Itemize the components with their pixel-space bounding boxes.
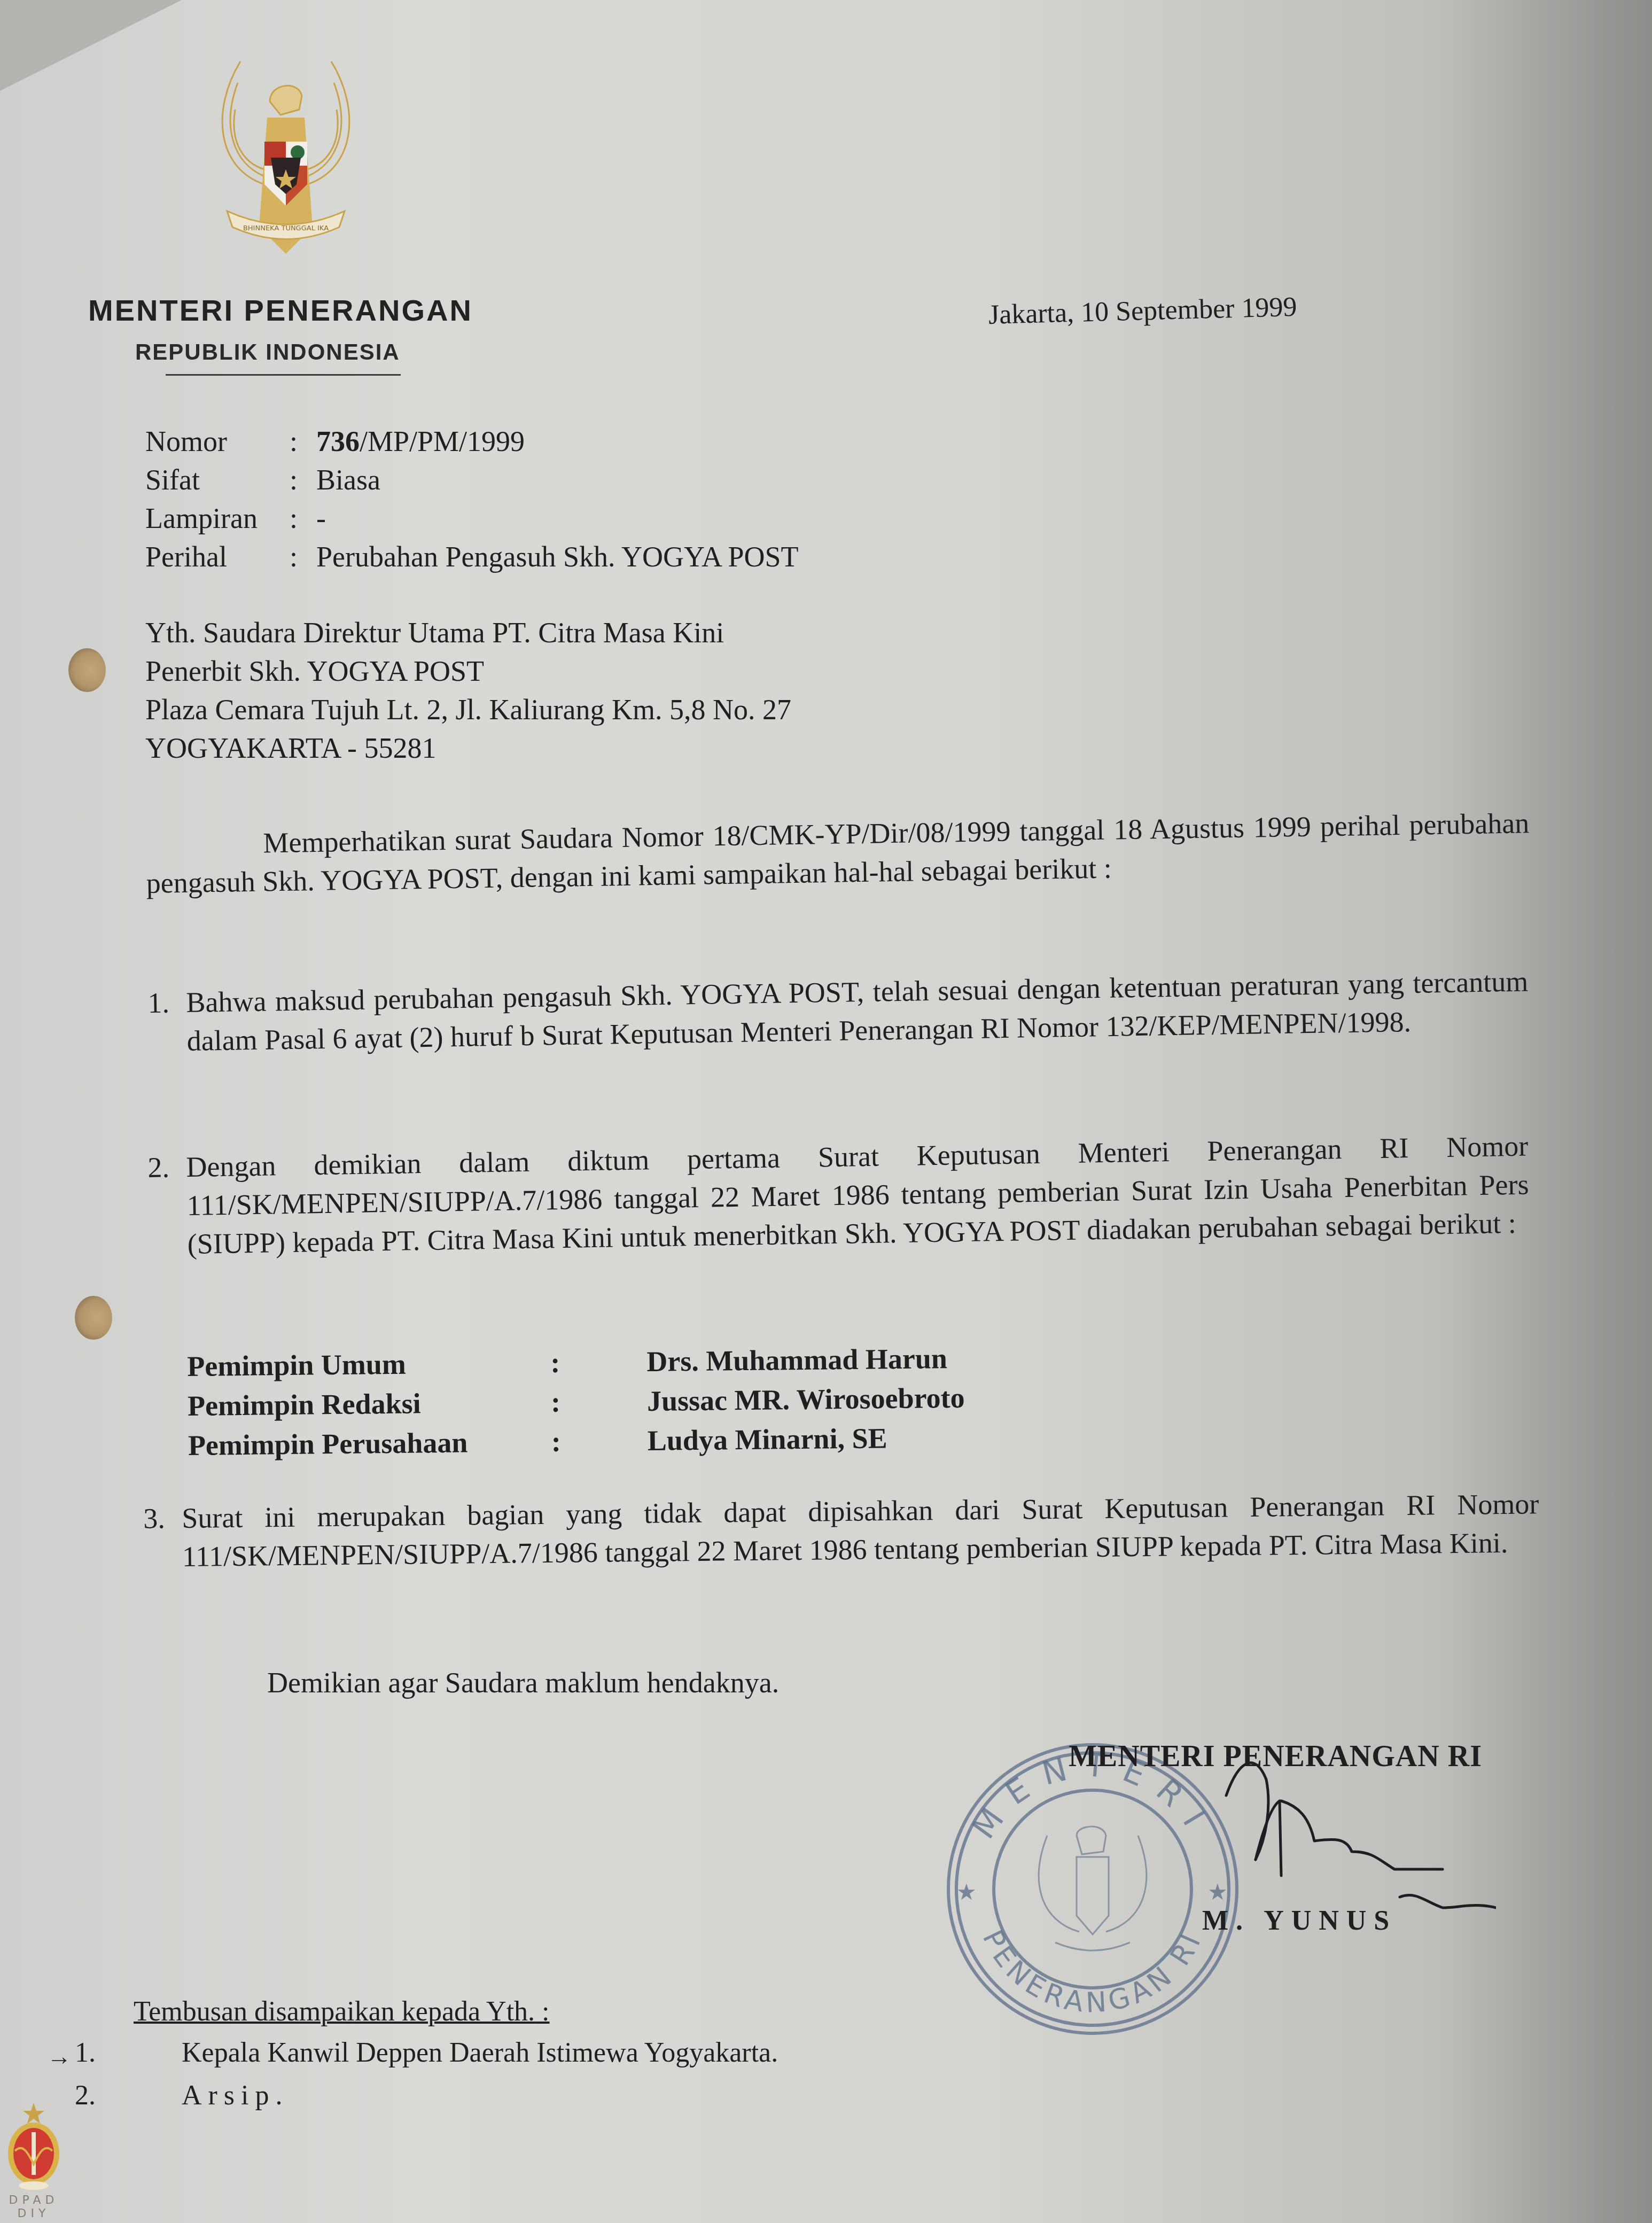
official-name: Jussac MR. Wirosoebroto <box>647 1378 965 1421</box>
paper-fold-corner <box>0 0 182 91</box>
cc-heading: Tembusan disampaikan kepada Yth. : <box>134 1996 550 2027</box>
watermark-line: DPAD <box>4 2194 63 2207</box>
point-item: 2. Dengan demikian dalam diktum pertama … <box>186 1127 1530 1263</box>
meta-colon: : <box>290 538 316 576</box>
meta-label: Lampiran <box>145 499 290 538</box>
official-colon: : <box>551 1381 648 1422</box>
letterhead-divider <box>166 374 401 376</box>
meta-row-nomor: Nomor : 736 /MP/PM/1999 <box>145 422 799 461</box>
cc-recipient: Arsip. <box>182 2080 289 2111</box>
dpad-diy-logo-icon <box>4 2100 63 2191</box>
point-number: 1. <box>147 983 170 1022</box>
meta-value: /MP/PM/1999 <box>360 422 525 461</box>
meta-label: Perihal <box>145 538 290 576</box>
svg-text:★: ★ <box>956 1880 977 1905</box>
official-stamp-icon: MENTERI PENERANGAN RI ★ ★ <box>932 1729 1253 2049</box>
signatory-name: M. YUNUS <box>1202 1905 1397 1937</box>
letter-date: Jakarta, 10 September 1999 <box>988 291 1297 331</box>
cc-number: 1. <box>75 2037 96 2069</box>
meta-colon: : <box>290 461 316 499</box>
address-line: Penerbit Skh. YOGYA POST <box>145 652 791 690</box>
official-name: Ludya Minarni, SE <box>648 1418 887 1460</box>
meta-colon: : <box>290 422 316 461</box>
point-text: Surat ini merupakan bagian yang tidak da… <box>182 1488 1539 1573</box>
official-role: Pemimpin Redaksi <box>188 1382 551 1426</box>
svg-text:BHINNEKA TUNGGAL IKA: BHINNEKA TUNGGAL IKA <box>243 224 329 232</box>
meta-colon: : <box>290 499 316 538</box>
handwritten-arrow-icon: → <box>47 2042 72 2071</box>
address-line: YOGYAKARTA - 55281 <box>145 729 791 767</box>
meta-label: Sifat <box>145 461 290 499</box>
meta-row-lampiran: Lampiran : - <box>145 499 799 538</box>
meta-label: Nomor <box>145 422 290 461</box>
official-name: Drs. Muhammad Harun <box>646 1339 947 1381</box>
svg-text:PENERANGAN RI: PENERANGAN RI <box>976 1925 1209 2019</box>
meta-row-sifat: Sifat : Biasa <box>145 461 799 499</box>
cc-heading-suffix: : <box>535 1996 549 2027</box>
official-row: Pemimpin Perusahaan : Ludya Minarni, SE <box>188 1418 965 1465</box>
recipient-address: Yth. Saudara Direktur Utama PT. Citra Ma… <box>145 613 791 767</box>
meta-value: Perubahan Pengasuh Skh. YOGYA POST <box>316 538 799 576</box>
point-item: 1. Bahwa maksud perubahan pengasuh Skh. … <box>186 962 1529 1060</box>
cc-recipient: Kepala Kanwil Deppen Daerah Istimewa Yog… <box>182 2037 778 2069</box>
punch-hole <box>75 1296 112 1340</box>
letterhead-title: MENTERI PENERANGAN <box>88 293 473 328</box>
officials-list: Pemimpin Umum : Drs. Muhammad Harun Pemi… <box>187 1339 965 1465</box>
meta-value: Biasa <box>316 461 380 499</box>
intro-paragraph: Memperhatikan surat Saudara Nomor 18/CMK… <box>145 804 1530 903</box>
handwritten-signature-icon <box>1218 1747 1496 1924</box>
letterhead-subtitle: REPUBLIK INDONESIA <box>135 339 400 365</box>
meta-row-perihal: Perihal : Perubahan Pengasuh Skh. YOGYA … <box>145 538 799 576</box>
archive-watermark: DPAD DIY <box>4 2100 79 2220</box>
meta-value: - <box>316 499 326 538</box>
letter-number: 736 <box>316 422 360 461</box>
official-colon: : <box>551 1421 648 1462</box>
punch-hole <box>68 648 106 692</box>
official-role: Pemimpin Umum <box>187 1343 551 1386</box>
watermark-line: DIY <box>4 2207 63 2220</box>
point-text: Dengan demikian dalam diktum pertama Sur… <box>186 1130 1529 1260</box>
closing-line: Demikian agar Saudara maklum hendaknya. <box>267 1666 779 1699</box>
cc-heading-text: Tembusan disampaikan kepada Yth. <box>134 1996 535 2027</box>
address-line: Yth. Saudara Direktur Utama PT. Citra Ma… <box>145 613 791 652</box>
letter-meta: Nomor : 736 /MP/PM/1999 Sifat : Biasa La… <box>145 422 799 576</box>
official-colon: : <box>550 1342 647 1382</box>
point-number: 3. <box>143 1499 165 1537</box>
official-role: Pemimpin Perusahaan <box>188 1422 552 1465</box>
point-text: Bahwa maksud perubahan pengasuh Skh. YOG… <box>186 966 1529 1057</box>
point-item: 3. Surat ini merupakan bagian yang tidak… <box>182 1484 1539 1576</box>
point-number: 2. <box>147 1148 170 1187</box>
address-line: Plaza Cemara Tujuh Lt. 2, Jl. Kaliurang … <box>145 690 791 729</box>
garuda-emblem-icon: BHINNEKA TUNGGAL IKA <box>190 51 382 265</box>
intro-text: Memperhatikan surat Saudara Nomor 18/CMK… <box>146 807 1529 899</box>
